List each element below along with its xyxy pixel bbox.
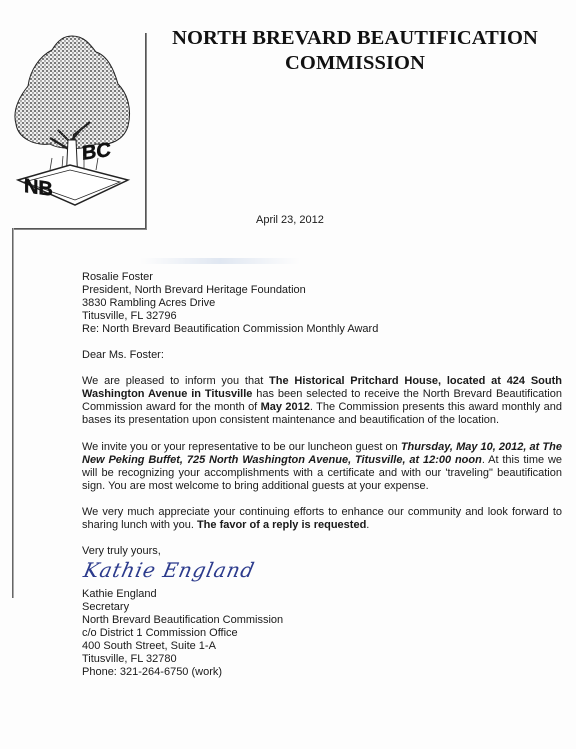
sender-address-line1: 400 South Street, Suite 1-A <box>82 640 562 653</box>
text: We invite you or your representative to … <box>82 441 401 453</box>
text: . <box>366 519 369 531</box>
paragraph-invitation: We invite you or your representative to … <box>82 441 562 493</box>
sender-name: Kathie England <box>82 588 562 601</box>
recipient-address: Rosalie Foster President, North Brevard … <box>82 271 562 323</box>
sender-phone: Phone: 321-264-6750 (work) <box>82 666 562 679</box>
svg-text:BC: BC <box>82 139 111 165</box>
recipient-title: President, North Brevard Heritage Founda… <box>82 284 562 297</box>
tree-logo-icon: NB BC <box>10 30 135 210</box>
reply-request: The favor of a reply is requested <box>197 519 366 531</box>
award-month: May 2012 <box>261 401 310 413</box>
sender-office: c/o District 1 Commission Office <box>82 627 562 640</box>
margin-border-left <box>12 228 14 598</box>
letterhead-title: NORTH BREVARD BEAUTIFICATION COMMISSION <box>160 26 550 76</box>
scan-artifact <box>140 258 300 264</box>
sender-address-line2: Titusville, FL 32780 <box>82 653 562 666</box>
sender-title: Secretary <box>82 601 562 614</box>
text: We are pleased to inform you that <box>82 375 269 387</box>
letter-date: April 23, 2012 <box>256 214 324 226</box>
closing: Very truly yours, <box>82 545 562 558</box>
letterhead-line2: COMMISSION <box>160 51 550 76</box>
paragraph-appreciation: We very much appreciate your continuing … <box>82 506 562 532</box>
sender-block: Kathie England Secretary North Brevard B… <box>82 588 562 679</box>
logo-border-bottom <box>12 228 146 230</box>
recipient-name: Rosalie Foster <box>82 271 562 284</box>
paragraph-award: We are pleased to inform you that The Hi… <box>82 375 562 427</box>
subject-line: Re: North Brevard Beautification Commiss… <box>82 323 562 336</box>
letter-page: NB BC NORTH BREVARD BEAUTIFICATION COMMI… <box>0 0 576 749</box>
sender-org: North Brevard Beautification Commission <box>82 614 562 627</box>
recipient-address-line2: Titusville, FL 32796 <box>82 310 562 323</box>
logo-border-right <box>145 33 147 230</box>
handwritten-signature: Kathie England <box>81 558 257 582</box>
recipient-address-line1: 3830 Rambling Acres Drive <box>82 297 562 310</box>
salutation: Dear Ms. Foster: <box>82 349 562 362</box>
svg-text:NB: NB <box>24 175 53 201</box>
letterhead-line1: NORTH BREVARD BEAUTIFICATION <box>160 26 550 51</box>
